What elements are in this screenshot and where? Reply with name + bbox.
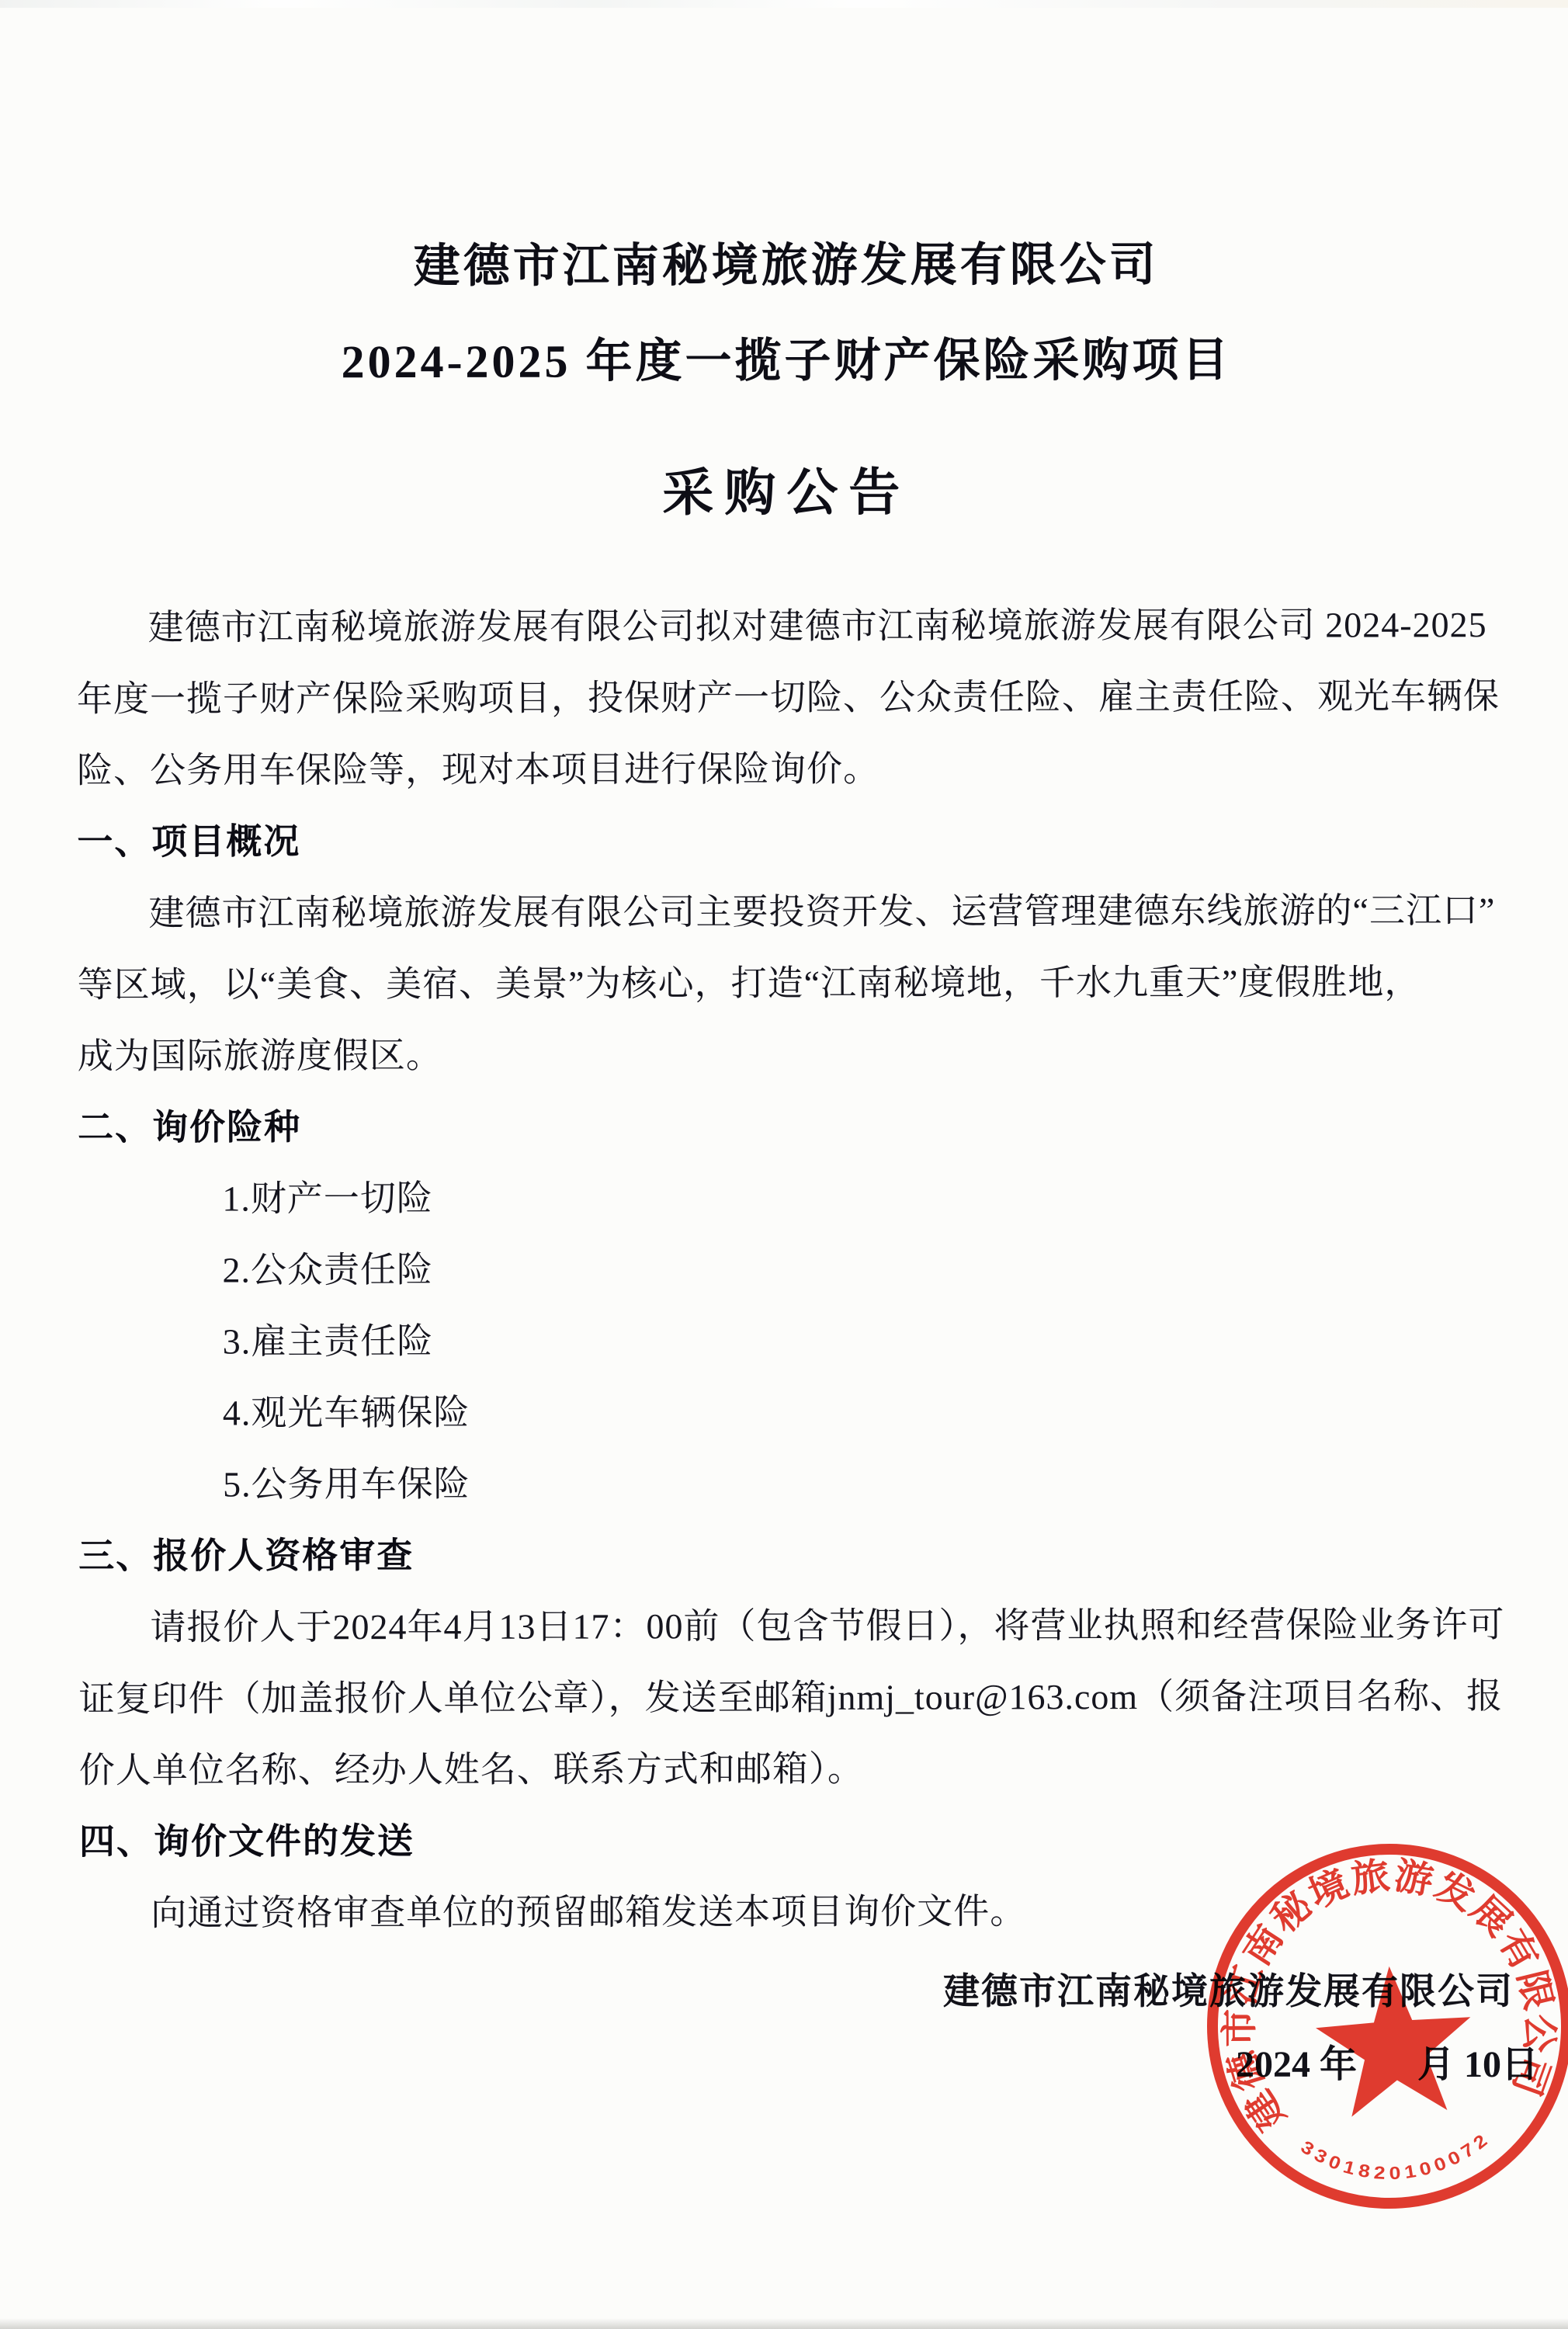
section-1-heading: 一、项目概况 bbox=[77, 804, 1497, 878]
list-item-4: 4.观光车辆保险 bbox=[78, 1375, 1499, 1449]
list-item-2: 2.公众责任险 bbox=[78, 1232, 1498, 1307]
section-1-line-1: 建德市江南秘境旅游发展有限公司主要投资开发、运营管理建德东线旅游的“三江口” bbox=[77, 875, 1497, 949]
scan-artifact-bottom bbox=[0, 2318, 1568, 2329]
section-3-line-3: 价人单位名称、经办人姓名、联系方式和邮箱）。 bbox=[79, 1732, 1500, 1807]
intro-line-2: 年度一揽子财产保险采购项目，投保财产一切险、公众责任险、雇主责任险、观光车辆保 bbox=[77, 661, 1497, 735]
list-item-1: 1.财产一切险 bbox=[78, 1161, 1498, 1235]
section-3-heading: 三、报价人资格审查 bbox=[78, 1518, 1499, 1592]
scan-artifact-top bbox=[0, 0, 1568, 8]
document-content: 建德市江南秘境旅游发展有限公司 2024-2025 年度一揽子财产保险采购项目 … bbox=[76, 235, 1500, 1949]
section-1-line-2: 等区域，以“美食、美宿、美景”为核心，打造“江南秘境地，千水九重天”度假胜地， bbox=[78, 946, 1498, 1021]
intro-line-1: 建德市江南秘境旅游发展有限公司拟对建德市江南秘境旅游发展有限公司 2024-20… bbox=[77, 589, 1497, 664]
section-2-heading: 二、询价险种 bbox=[78, 1089, 1498, 1164]
notice-title: 采购公告 bbox=[76, 460, 1497, 527]
document-page: 建德市江南秘境旅游发展有限公司 2024-2025 年度一揽子财产保险采购项目 … bbox=[0, 0, 1568, 2329]
section-3-line-2: 证复印件（加盖报价人单位公章），发送至邮箱jnmj_tour@163.com（须… bbox=[79, 1661, 1500, 1735]
company-seal-stamp: 建德市江南秘境旅游发展有限公司 3301820100072 bbox=[1182, 1819, 1568, 2234]
list-item-3: 3.雇主责任险 bbox=[78, 1303, 1499, 1378]
list-item-5: 5.公务用车保险 bbox=[78, 1446, 1499, 1521]
doc-title-line2: 2024-2025 年度一揽子财产保险采购项目 bbox=[76, 331, 1497, 392]
doc-title-line1: 建德市江南秘境旅游发展有限公司 bbox=[76, 235, 1497, 297]
intro-line-3: 险、公务用车保险等，现对本项目进行保险询价。 bbox=[77, 732, 1497, 807]
seal-star-icon bbox=[1312, 1961, 1477, 2119]
section-1-line-3: 成为国际旅游度假区。 bbox=[78, 1018, 1498, 1092]
section-3-line-1: 请报价人于2024年4月13日17：00前（包含节假日），将营业执照和经营保险业… bbox=[78, 1589, 1499, 1664]
